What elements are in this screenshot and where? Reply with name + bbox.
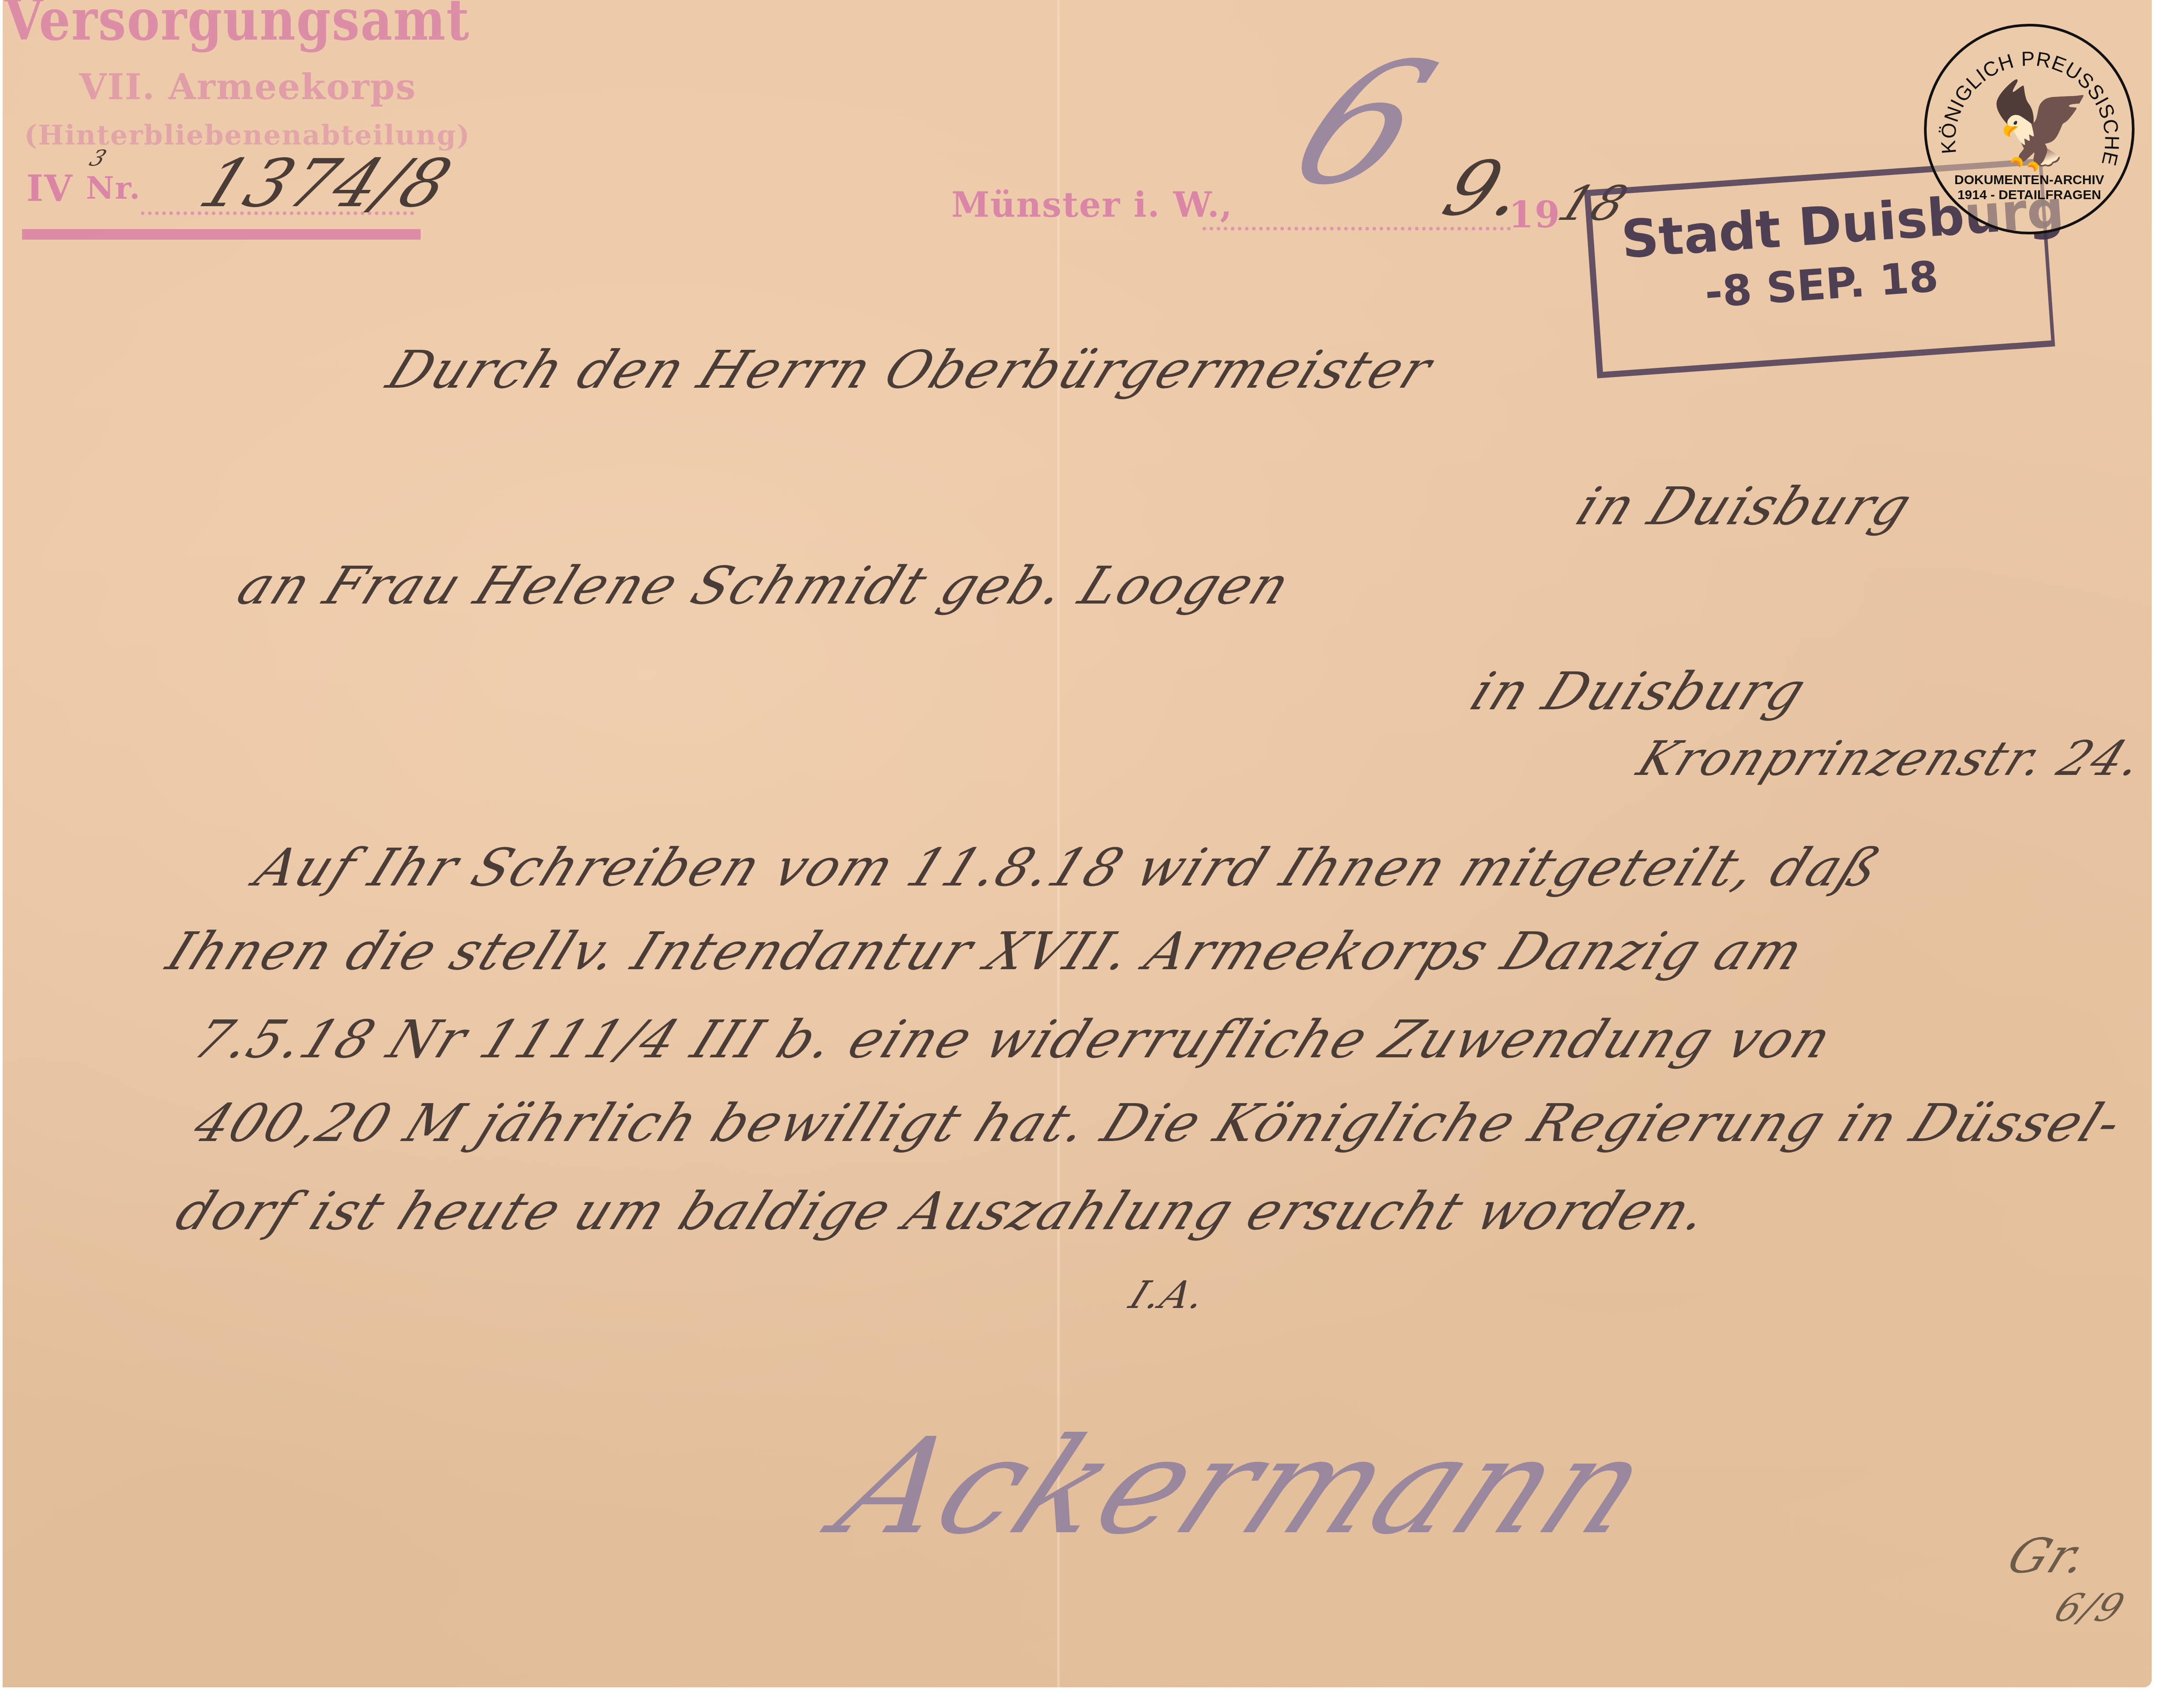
letterhead-office: Versorgungsamt bbox=[4, 0, 470, 53]
letterhead-ref-number: 1374/8 bbox=[189, 145, 463, 222]
body-line-3: 7.5.18 Nr 1111/4 III b. eine widerruflic… bbox=[185, 1009, 1842, 1070]
letterhead-ref-prefix: IV bbox=[26, 167, 73, 210]
signature: Ackermann bbox=[815, 1410, 1676, 1564]
body-line-4: 400,20 M jährlich bewilligt hat. Die Kön… bbox=[185, 1093, 2132, 1153]
address-recipient: an Frau Helene Schmidt geb. Loogen bbox=[229, 555, 1300, 616]
seal-line-2: 1914 - DETAILFRAGEN bbox=[1927, 188, 2132, 203]
address-recipient-place: in Duisburg bbox=[1462, 661, 1816, 722]
body-line-1: Auf Ihr Schreiben vom 11.8.18 wird Ihnen… bbox=[247, 837, 1891, 898]
body-line-5: dorf ist heute um baldige Auszahlung ers… bbox=[167, 1181, 1719, 1241]
letterhead-ref-label: Nr. bbox=[86, 170, 141, 206]
address-via-place: in Duisburg bbox=[1568, 476, 1922, 537]
archive-seal: KÖNIGLICH PREUSSISCHES 🦅 DOKUMENTEN-ARCH… bbox=[1924, 24, 2135, 234]
address-street: Kronprinzenstr. 24. bbox=[1630, 731, 2153, 786]
seal-line-1: DOKUMENTEN-ARCHIV bbox=[1927, 173, 2132, 188]
address-via: Durch den Herrn Oberbürgermeister bbox=[379, 339, 1442, 400]
letterhead-rule bbox=[22, 229, 421, 240]
body-line-2: Ihnen die stellv. Intendantur XVII. Arme… bbox=[159, 921, 1814, 982]
prussian-eagle-icon: 🦅 bbox=[1988, 84, 2093, 167]
dateline-place: Münster i. W., bbox=[951, 185, 1233, 225]
letterhead-corps: VII. Armeekorps bbox=[79, 66, 416, 107]
